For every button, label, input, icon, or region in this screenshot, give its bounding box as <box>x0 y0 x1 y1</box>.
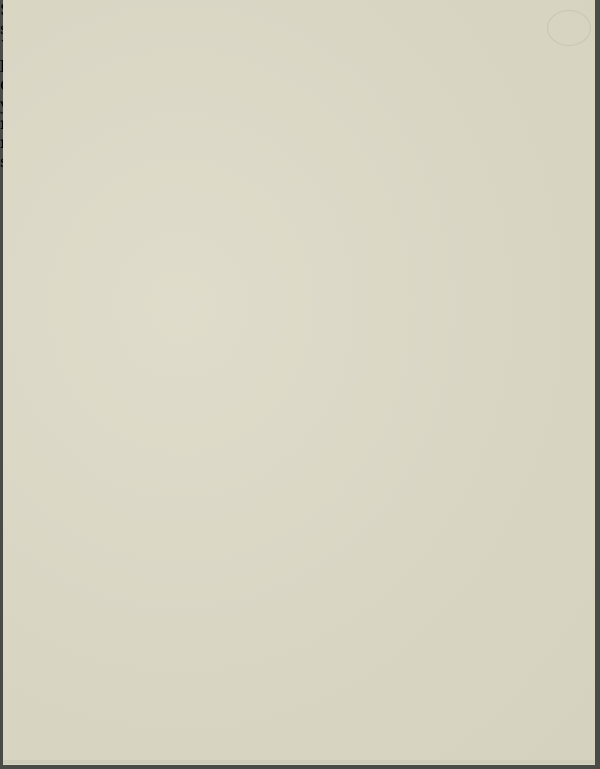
archive-number-stamp <box>547 10 591 46</box>
page-edge <box>3 760 595 764</box>
letter-sheet <box>3 0 595 765</box>
